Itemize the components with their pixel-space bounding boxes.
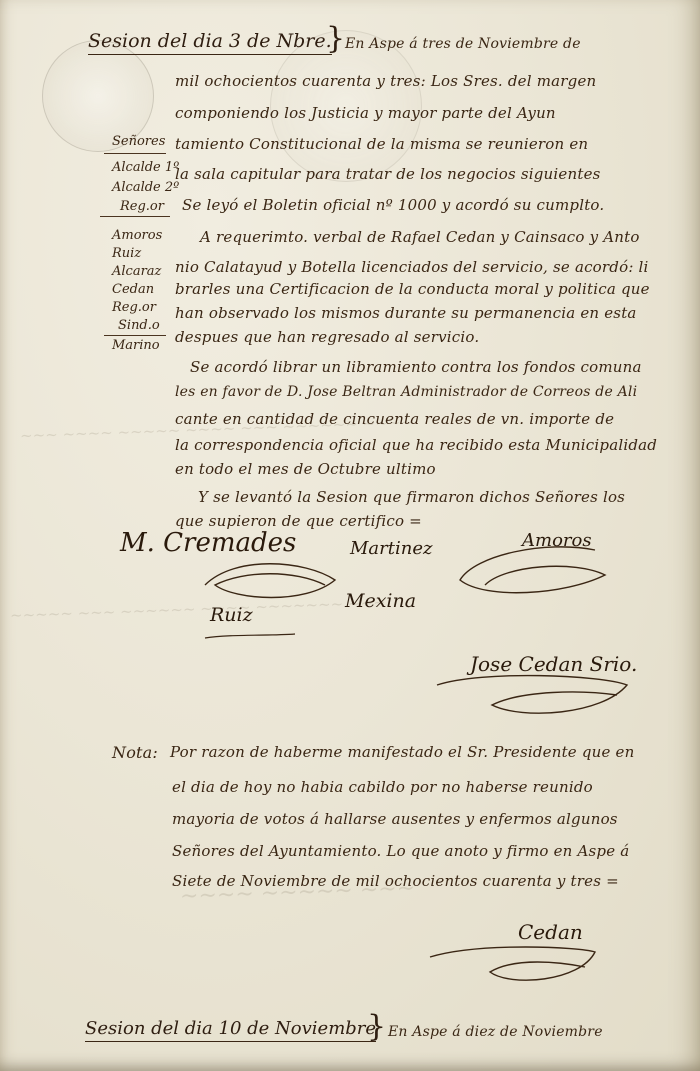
session-heading: Sesion del dia 10 de Noviembre [85, 1018, 376, 1042]
session-heading: Sesion del dia 3 de Nbre. [88, 30, 332, 55]
margin-officer: Alcalde 1º [112, 160, 179, 175]
note-line: Señores del Ayuntamiento. Lo que anoto y… [172, 842, 629, 860]
margin-rule [104, 153, 166, 154]
text-line: la correspondencia oficial que ha recibi… [175, 436, 657, 454]
note-signature: Cedan [518, 920, 583, 944]
margin-member: Marino [112, 338, 160, 353]
note-label: Nota: [112, 743, 158, 762]
note-line: el dia de hoy no habia cabildo por no ha… [172, 778, 593, 796]
text-line: cante en cantidad de cincuenta reales de… [175, 410, 614, 428]
text-line: Y se levantó la Sesion que firmaron dich… [198, 488, 625, 506]
text-line: En Aspe á tres de Noviembre de [345, 36, 581, 52]
margin-member: Cedan [112, 282, 154, 297]
signature-flourish [420, 942, 600, 991]
margin-member: Alcaraz [112, 264, 161, 279]
margin-member: Sind.o [118, 318, 160, 333]
text-line: Se leyó el Boletin oficial nº 1000 y aco… [182, 196, 604, 214]
margin-member: Ruiz [112, 246, 141, 261]
text-line: les en favor de D. Jose Beltran Administ… [175, 384, 637, 400]
text-line: A requerimto. verbal de Rafael Cedan y C… [200, 228, 640, 246]
signature-flourish [432, 665, 632, 724]
margin-header: Señores [112, 134, 165, 149]
note-line: Por razon de haberme manifestado el Sr. … [170, 743, 635, 761]
text-line: en todo el mes de Octubre ultimo [175, 460, 436, 478]
brace: } [367, 1012, 386, 1042]
signature-flourish [200, 624, 300, 648]
signature: Martinez [350, 538, 433, 559]
text-line: componiendo los Justicia y mayor parte d… [175, 104, 556, 122]
text-line: tamiento Constitucional de la misma se r… [175, 135, 588, 153]
text-line: En Aspe á diez de Noviembre [388, 1024, 603, 1040]
text-line: Se acordó librar un libramiento contra l… [190, 358, 642, 376]
text-line: brarles una Certificacion de la conducta… [175, 280, 650, 298]
text-line: la sala capitular para tratar de los neg… [175, 165, 601, 183]
margin-rule [100, 216, 170, 217]
text-line: nio Calatayud y Botella licenciados del … [175, 258, 649, 276]
margin-rule [104, 335, 166, 336]
manuscript-page: ~~~ ~~~~ ~~~~~ ~~~~ ~~~ ~~~~~~ ~~~~ ~~~~… [0, 0, 700, 1071]
signature: M. Cremades [120, 528, 296, 558]
margin-officer: Reg.or [120, 199, 164, 214]
margin-member: Amoros [112, 228, 162, 243]
text-line: despues que han regresado al servicio. [175, 328, 479, 346]
text-line: mil ochocientos cuarenta y tres: Los Sre… [175, 72, 596, 90]
note-line: Siete de Noviembre de mil ochocientos cu… [172, 872, 619, 890]
margin-officer: Alcalde 2º [112, 180, 179, 195]
note-line: mayoria de votos á hallarse ausentes y e… [172, 810, 618, 828]
signature: Mexina [345, 590, 416, 612]
text-line: han observado los mismos durante su perm… [175, 304, 637, 322]
signature-flourish [195, 555, 345, 609]
signature-flourish [445, 545, 615, 604]
margin-member: Reg.or [112, 300, 156, 315]
brace: } [326, 24, 345, 54]
